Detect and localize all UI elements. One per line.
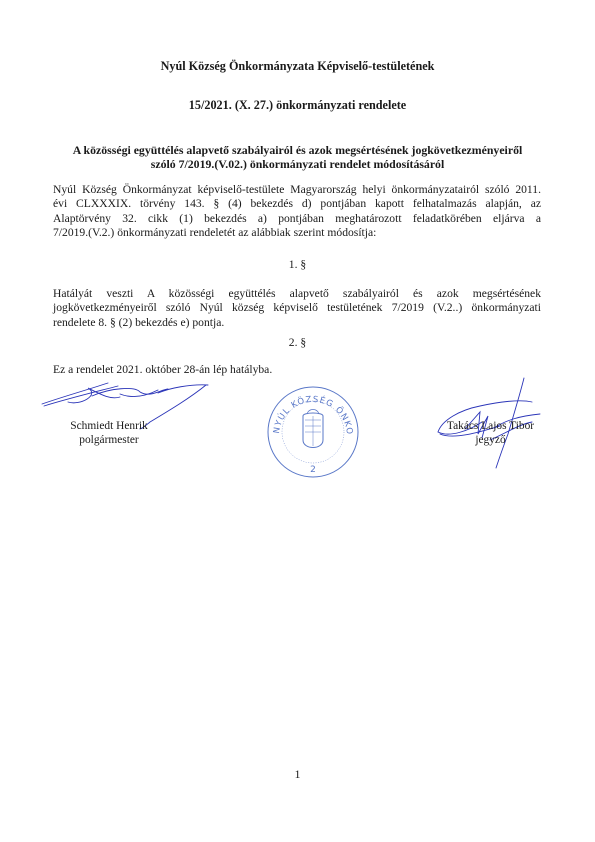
section-1-paragraph: Hatályát veszti A közösségi együttélés a… [53, 287, 541, 330]
notary-role: jegyző [433, 433, 548, 447]
notary-name: Takács Lajos Tibor [433, 419, 548, 433]
section-1-line: jogkövetkezményeiről szóló Nyúl község k… [53, 301, 541, 315]
mayor-role: polgármester [57, 433, 161, 447]
section-2-paragraph: Ez a rendelet 2021. október 28-án lép ha… [53, 363, 272, 376]
preamble-line: évi CLXXXIX. törvény 143. § (4) bekezdés… [53, 197, 541, 211]
section-1-line: rendelete 8. § (2) bekezdés e) pontja. [53, 316, 541, 330]
regulation-subject: A közösségi együttélés alapvető szabálya… [60, 143, 535, 171]
official-stamp: NYÚL KÖZSÉG ÖNKORMÁNYZATA 2 [265, 384, 361, 480]
subject-line: A közösségi együttélés alapvető szabálya… [60, 143, 535, 157]
mayor-name: Schmiedt Henrik [57, 419, 161, 433]
mayor-signature-block: Schmiedt Henrik polgármester [57, 419, 161, 447]
preamble-line: 7/2019.(V.2.) önkormányzati rendeletét a… [53, 226, 541, 240]
preamble-paragraph: Nyúl Község Önkormányzat képviselő-testü… [53, 183, 541, 240]
issuer-title: Nyúl Község Önkormányzata Képviselő-test… [0, 59, 595, 74]
subject-line: szóló 7/2019.(V.02.) önkormányzati rende… [60, 157, 535, 171]
notary-signature-block: Takács Lajos Tibor jegyző [433, 419, 548, 447]
section-2-heading: 2. § [0, 336, 595, 349]
preamble-line: Alaptörvény 32. cikk (1) bekezdés a) pon… [53, 212, 541, 226]
section-1-heading: 1. § [0, 258, 595, 271]
svg-text:NYÚL KÖZSÉG ÖNKORMÁNYZATA: NYÚL KÖZSÉG ÖNKORMÁNYZATA [265, 384, 354, 436]
svg-text:2: 2 [310, 465, 316, 475]
page-number: 1 [0, 767, 595, 782]
preamble-line: Nyúl Község Önkormányzat képviselő-testü… [53, 183, 541, 197]
regulation-number: 15/2021. (X. 27.) önkormányzati rendelet… [0, 98, 595, 113]
section-1-line: Hatályát veszti A közösségi együttélés a… [53, 287, 541, 301]
